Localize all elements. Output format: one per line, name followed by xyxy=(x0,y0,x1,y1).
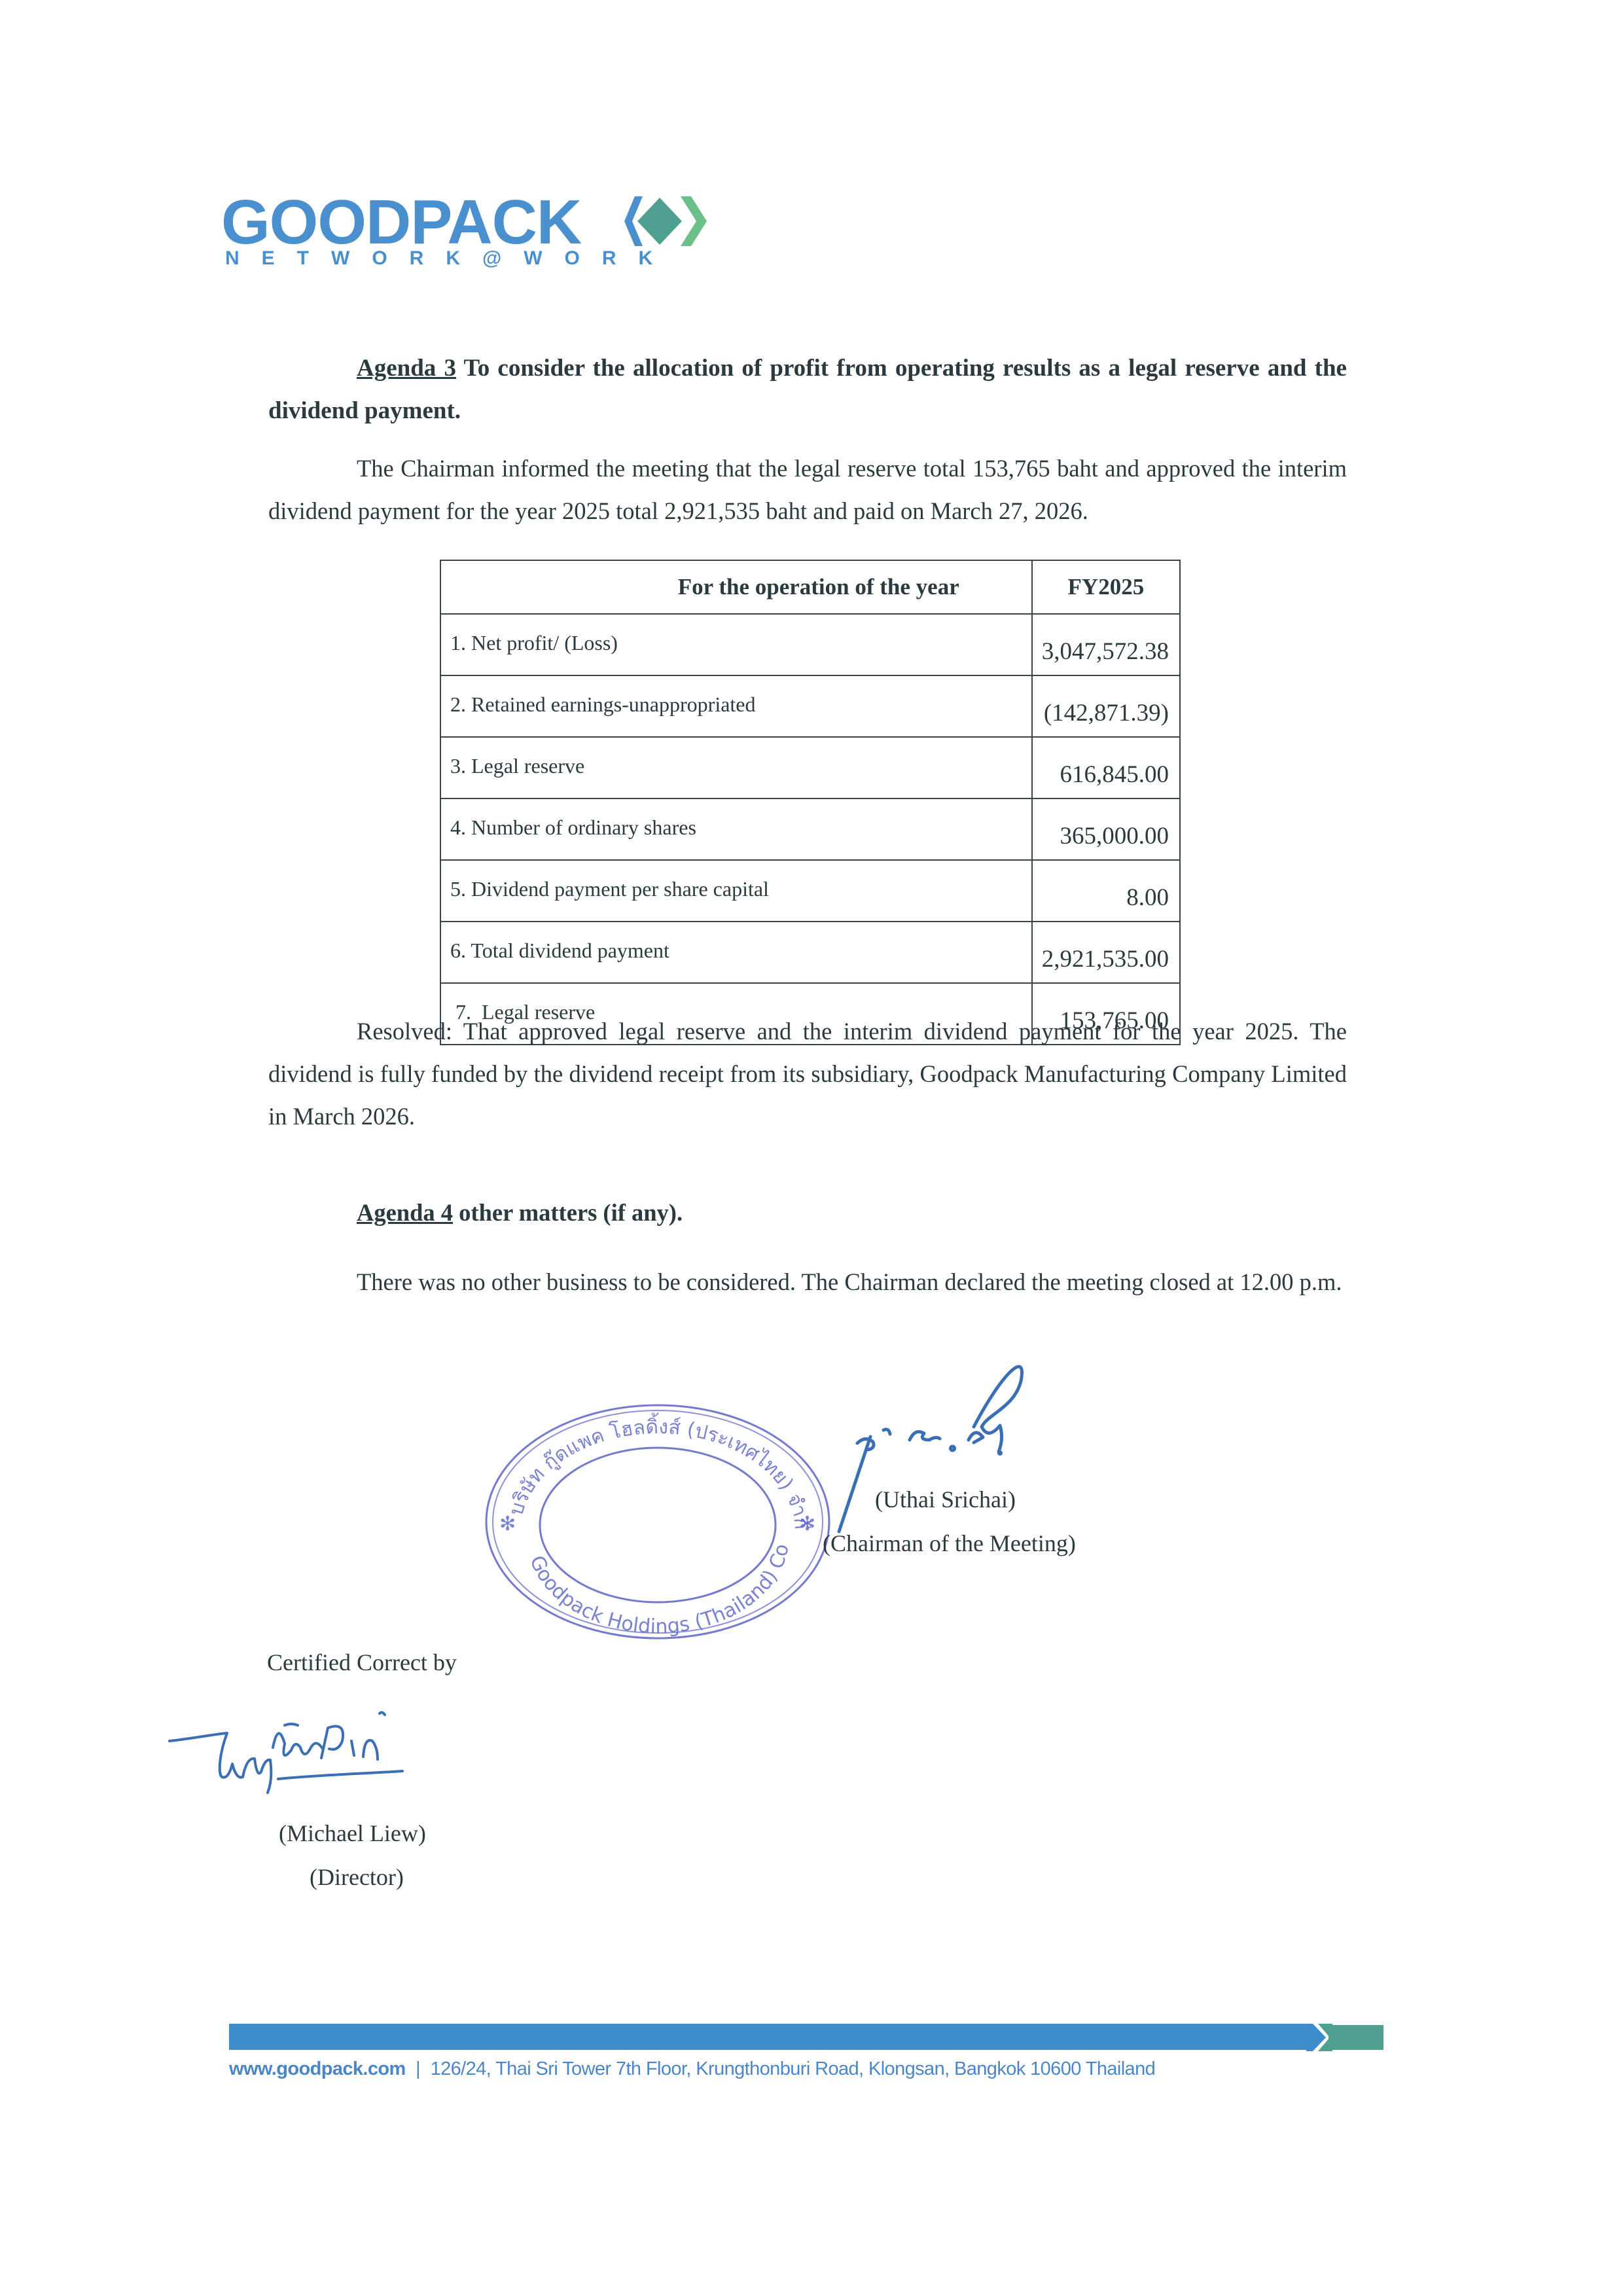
row-value: 3,047,572.38 xyxy=(1032,614,1180,675)
row-label: 2. Retained earnings-unappropriated xyxy=(440,675,1032,737)
dividend-allocation-table: For the operation of the year FY2025 1. … xyxy=(440,560,1181,1045)
row-label: 4. Number of ordinary shares xyxy=(440,798,1032,860)
row-value: 365,000.00 xyxy=(1032,798,1180,860)
agenda-4-heading: Agenda 4 other matters (if any). xyxy=(268,1191,1347,1234)
row-value: 8.00 xyxy=(1032,860,1180,922)
footer-green-block xyxy=(1329,2025,1383,2050)
table-row: 2. Retained earnings-unappropriated (142… xyxy=(440,675,1180,737)
director-signature xyxy=(167,1702,494,1806)
director-name: (Michael Liew) xyxy=(279,1821,426,1845)
chairman-role: (Chairman of the Meeting) xyxy=(823,1532,1076,1555)
chairman-signature xyxy=(831,1361,1093,1545)
agenda-3-resolution: Resolved: That approved legal reserve an… xyxy=(268,1010,1347,1138)
row-label: 1. Net profit/ (Loss) xyxy=(440,614,1032,675)
row-label: 6. Total dividend payment xyxy=(440,922,1032,983)
table-header-fy2025: FY2025 xyxy=(1032,560,1180,614)
row-label: 5. Dividend payment per share capital xyxy=(440,860,1032,922)
row-label: 3. Legal reserve xyxy=(440,737,1032,798)
company-logo-wordmark: GOODPACK xyxy=(221,191,581,254)
table-row: 3. Legal reserve 616,845.00 xyxy=(440,737,1180,798)
chairman-name: (Uthai Srichai) xyxy=(875,1488,1016,1511)
table-header-row: For the operation of the year FY2025 xyxy=(440,560,1180,614)
svg-text:บริษัท กู๊ดแพค โฮลดิ้งส์ (ประเ: บริษัท กู๊ดแพค โฮลดิ้งส์ (ประเทศไทย) จำก… xyxy=(481,1401,813,1530)
agenda-3-intro: The Chairman informed the meeting that t… xyxy=(268,447,1347,532)
row-value: 2,921,535.00 xyxy=(1032,922,1180,983)
table-row: 1. Net profit/ (Loss) 3,047,572.38 xyxy=(440,614,1180,675)
table-row: 5. Dividend payment per share capital 8.… xyxy=(440,860,1180,922)
agenda-3-label: Agenda 3 xyxy=(357,355,456,382)
agenda-3-heading: Agenda 3 To consider the allocation of p… xyxy=(268,347,1347,432)
footer-address: 126/24, Thai Sri Tower 7th Floor, Krungt… xyxy=(431,2058,1156,2079)
footer-chevron-icon xyxy=(1306,2024,1332,2051)
certified-correct-label: Certified Correct by xyxy=(267,1651,457,1674)
table-row: 6. Total dividend payment 2,921,535.00 xyxy=(440,922,1180,983)
svg-text:✻: ✻ xyxy=(499,1513,516,1535)
row-value: 616,845.00 xyxy=(1032,737,1180,798)
table-row: 4. Number of ordinary shares 365,000.00 xyxy=(440,798,1180,860)
row-value: (142,871.39) xyxy=(1032,675,1180,737)
agenda-4-title: other matters (if any). xyxy=(453,1199,683,1226)
footer-website-link[interactable]: www.goodpack.com xyxy=(229,2058,406,2079)
footer-address-line: www.goodpack.com | 126/24, Thai Sri Towe… xyxy=(229,2058,1155,2080)
agenda-4-label: Agenda 4 xyxy=(357,1199,453,1226)
footer-separator: | xyxy=(416,2058,420,2079)
footer-blue-bar xyxy=(229,2024,1315,2050)
director-role: (Director) xyxy=(310,1865,404,1889)
agenda-4-body: There was no other business to be consid… xyxy=(268,1260,1347,1304)
double-chevron-diamond-icon xyxy=(618,195,709,247)
company-logo-tagline: NETWORK@WORK xyxy=(225,249,675,268)
stamp-thai-text: บริษัท กู๊ดแพค โฮลดิ้งส์ (ประเทศไทย) จำก… xyxy=(481,1401,813,1530)
company-seal-stamp: บริษัท กู๊ดแพค โฮลดิ้งส์ (ประเทศไทย) จำก… xyxy=(481,1401,834,1643)
svg-text:✻: ✻ xyxy=(799,1513,815,1535)
table-header-description: For the operation of the year xyxy=(440,560,1032,614)
